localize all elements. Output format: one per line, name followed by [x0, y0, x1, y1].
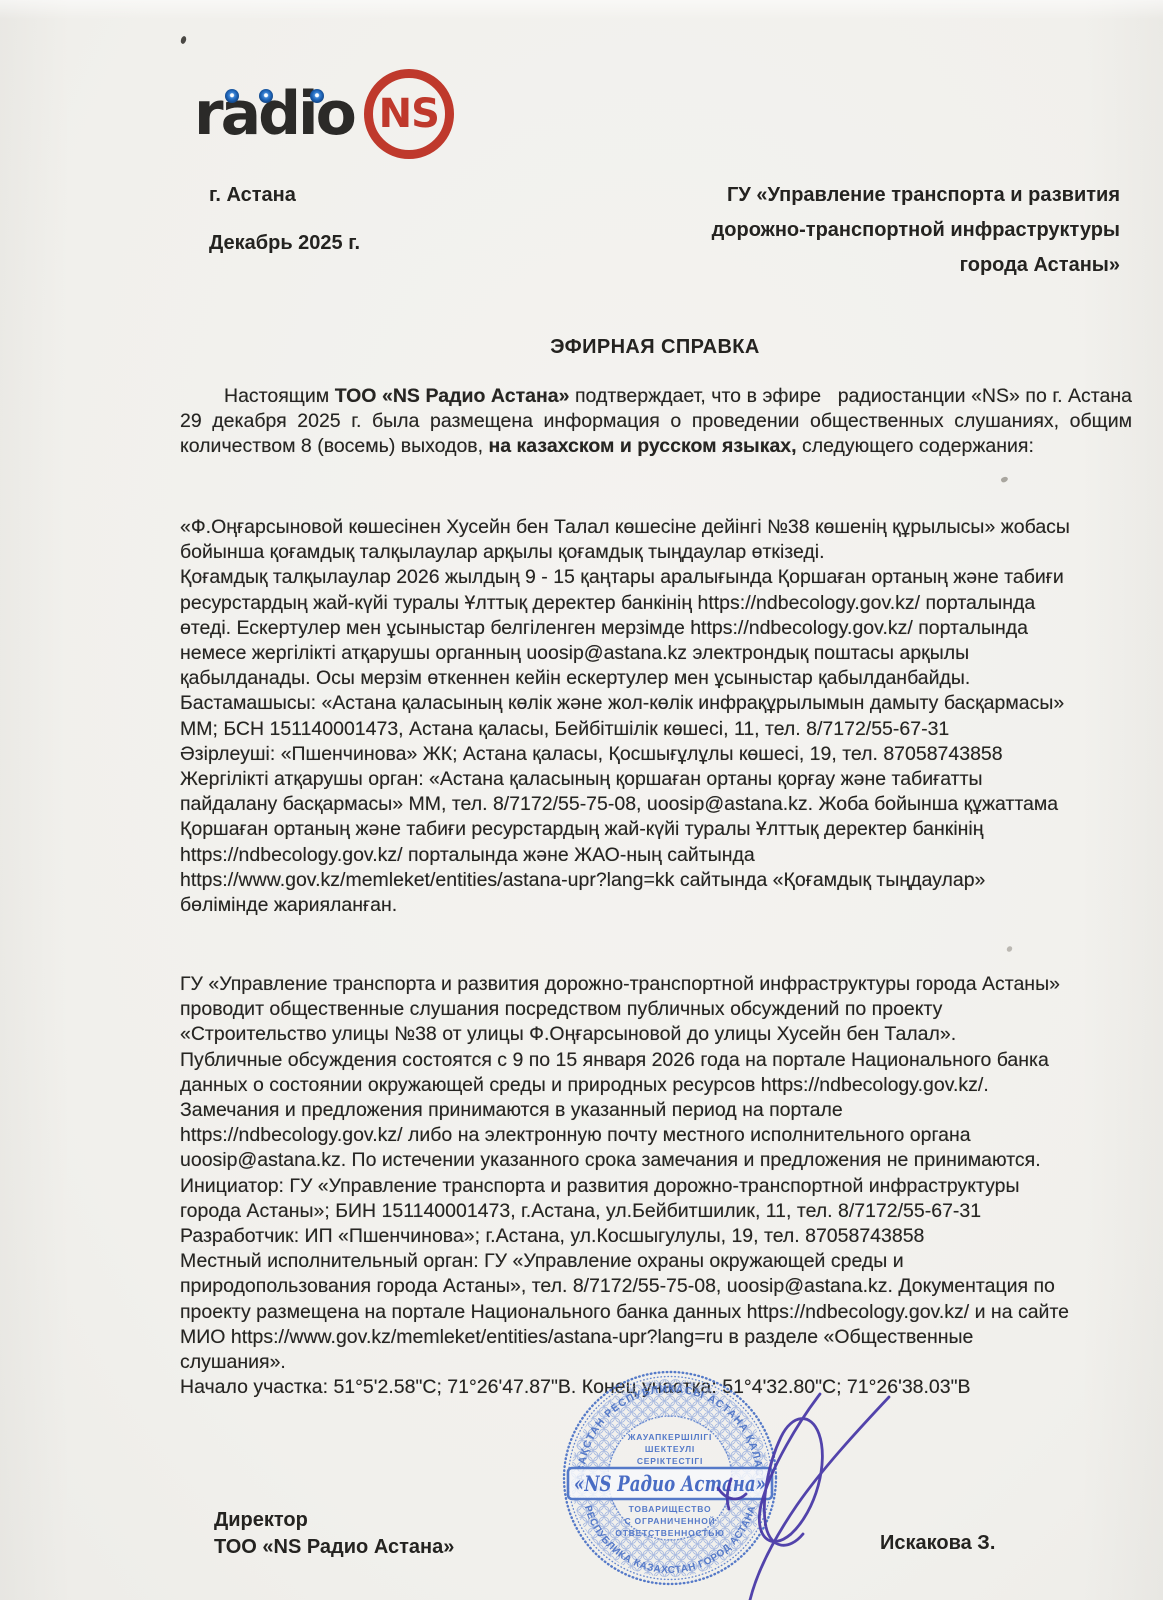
russian-announcement: ГУ «Управление транспорта и развития дор…	[180, 972, 1132, 1400]
logo-word: radio	[194, 84, 354, 144]
document-title: ЭФИРНАЯ СПРАВКА	[180, 336, 1130, 359]
stamp-inner-top-line2: ШЕКТЕУЛІ	[645, 1444, 695, 1454]
director-title-block: Директор ТОО «NS Радио Астана»	[214, 1507, 454, 1561]
stamp-inner-top-line3: СЕРІКТЕСТІГІ	[637, 1456, 703, 1466]
scan-speck	[180, 35, 187, 44]
intro-paragraph: Настоящим ТОО «NS Радио Астана» подтверж…	[180, 384, 1132, 460]
company-seal-stamp: ҚАЗАҚСТАН РЕСПУБЛИКАСЫ АСТАНА ҚАЛАСЫ РЕС…	[560, 1368, 780, 1588]
radio-ns-logo: radio NS	[194, 62, 454, 166]
stamp-inner-top-line1: ЖАУАПКЕРШІЛІГІ	[627, 1432, 712, 1442]
vinyl-dot-icon	[259, 89, 273, 103]
scanned-document: radio NS г. Астана Декабрь 2025 г. ГУ «У…	[0, 0, 1163, 1600]
scan-speck	[1000, 476, 1009, 484]
signatory-name: Искакова З.	[880, 1532, 995, 1555]
ns-circle-badge: NS	[364, 69, 454, 159]
vinyl-dot-icon	[310, 89, 324, 103]
document-city: г. Астана	[209, 184, 296, 207]
stamp-inner-bottom-line1: ТОВАРИЩЕСТВО	[629, 1504, 712, 1514]
stamp-inner-bottom-line3: ОТВЕТСТВЕННОСТЬЮ	[615, 1528, 724, 1538]
stamp-inner-bottom-line2: С ОГРАНИЧЕННОЙ	[624, 1515, 715, 1526]
stamp-banner-text: «NS Радио Астана»	[574, 1471, 766, 1496]
vinyl-dot-icon	[225, 89, 239, 103]
document-date: Декабрь 2025 г.	[209, 232, 360, 255]
scan-speck	[1006, 945, 1014, 953]
recipient-block: ГУ «Управление транспорта и развития дор…	[712, 178, 1120, 283]
kazakh-announcement: «Ф.Оңғарсыновой көшесінен Хусейн бен Тал…	[180, 515, 1132, 918]
